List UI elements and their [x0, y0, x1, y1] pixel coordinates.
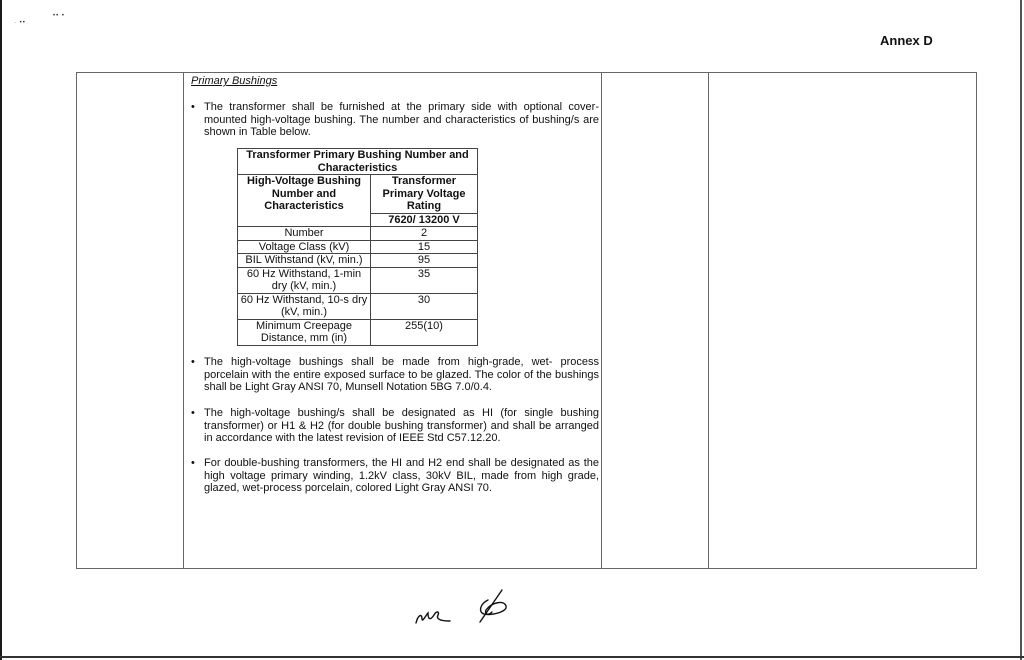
- column-header-voltage-rating: Transformer Primary Voltage Rating: [371, 175, 478, 214]
- table-row: Number 2: [238, 227, 478, 241]
- row-label: Voltage Class (kV): [238, 240, 371, 254]
- row-value: 95: [371, 254, 478, 268]
- row-label: Number: [238, 227, 371, 241]
- scan-border-right: [1020, 0, 1022, 660]
- table-row: Voltage Class (kV) 15: [238, 240, 478, 254]
- scan-mark: •• •: [53, 13, 65, 19]
- table-row: 60 Hz Withstand, 1-min dry (kV, min.) 35: [238, 267, 478, 293]
- annex-label: Annex D: [880, 33, 933, 48]
- bullet-icon: •: [191, 356, 195, 369]
- handwritten-initials-icon: [412, 585, 462, 625]
- bullet-text: The high-voltage bushings shall be made …: [204, 356, 599, 394]
- row-value: 15: [371, 240, 478, 254]
- scan-border-bottom: [0, 656, 1024, 658]
- bullet-text: The transformer shall be furnished at th…: [204, 101, 599, 139]
- table-header-row: High-Voltage Bushing Number and Characte…: [238, 175, 478, 214]
- handwritten-signature-icon: [474, 588, 514, 628]
- bullet-icon: •: [191, 101, 195, 114]
- column-header-characteristics: High-Voltage Bushing Number and Characte…: [238, 175, 371, 227]
- table-row: Minimum Creepage Distance, mm (in) 255(1…: [238, 319, 478, 345]
- document-frame-table: Primary Bushings • The transformer shall…: [76, 72, 977, 569]
- row-label: 60 Hz Withstand, 1-min dry (kV, min.): [238, 267, 371, 293]
- column-divider: [708, 73, 709, 568]
- bushing-characteristics-table: Transformer Primary Bushing Number and C…: [237, 148, 478, 346]
- row-value: 35: [371, 267, 478, 293]
- bullet-text: For double-bushing transformers, the HI …: [204, 457, 599, 495]
- row-value: 2: [371, 227, 478, 241]
- table-title-row: Transformer Primary Bushing Number and C…: [238, 149, 478, 175]
- table-row: BIL Withstand (kV, min.) 95: [238, 254, 478, 268]
- bullet-item: • The high-voltage bushing/s shall be de…: [191, 407, 599, 445]
- table-row: 60 Hz Withstand, 10-s dry (kV, min.) 30: [238, 293, 478, 319]
- row-label: Minimum Creepage Distance, mm (in): [238, 319, 371, 345]
- scan-mark: · ••: [14, 20, 26, 26]
- bullet-icon: •: [191, 457, 195, 470]
- bullet-item: • For double-bushing transformers, the H…: [191, 457, 599, 495]
- row-value: 255(10): [371, 319, 478, 345]
- row-value: 30: [371, 293, 478, 319]
- bullet-icon: •: [191, 407, 195, 420]
- column-divider: [601, 73, 602, 568]
- bullet-item: • The transformer shall be furnished at …: [191, 101, 599, 139]
- scan-border-left: [0, 0, 2, 660]
- row-label: BIL Withstand (kV, min.): [238, 254, 371, 268]
- row-label: 60 Hz Withstand, 10-s dry (kV, min.): [238, 293, 371, 319]
- column-divider: [183, 73, 184, 568]
- voltage-rating-value: 7620/ 13200 V: [371, 213, 478, 227]
- section-heading: Primary Bushings: [191, 75, 277, 88]
- bullet-text: The high-voltage bushing/s shall be desi…: [204, 407, 599, 445]
- bullet-item: • The high-voltage bushings shall be mad…: [191, 356, 599, 394]
- table-title: Transformer Primary Bushing Number and C…: [238, 149, 478, 175]
